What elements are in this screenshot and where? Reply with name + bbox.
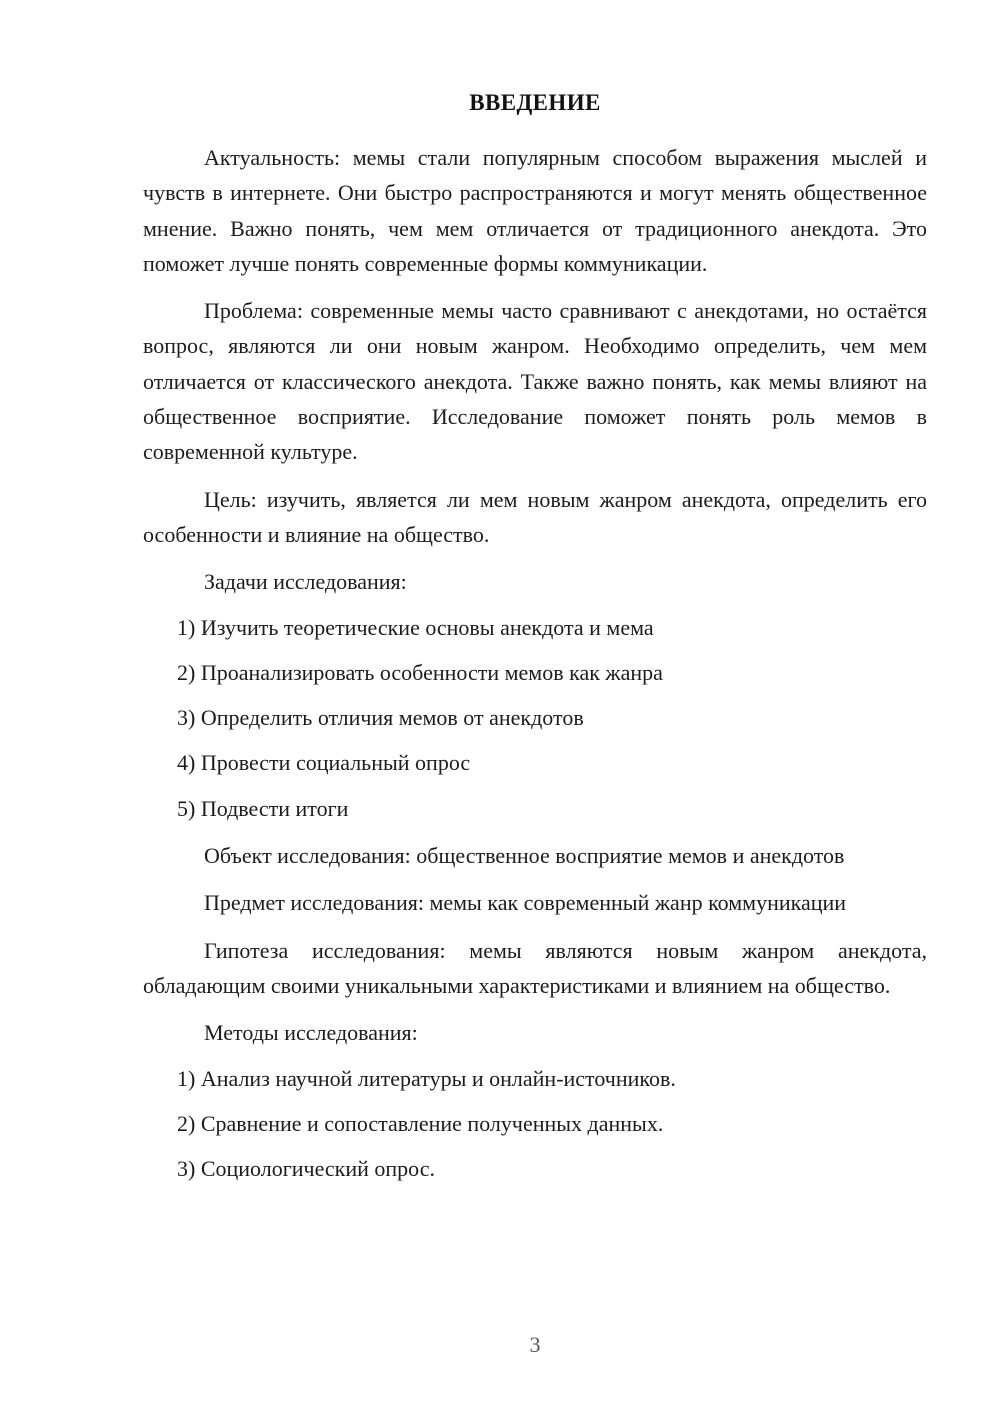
task-item-4: 4) Провести социальный опрос <box>177 745 927 780</box>
paragraph-object: Объект исследования: общественное воспри… <box>143 838 927 873</box>
method-item-3: 3) Социологический опрос. <box>177 1151 927 1186</box>
task-item-5: 5) Подвести итоги <box>177 791 927 826</box>
document-page: ВВЕДЕНИЕ Актуальность: мемы стали популя… <box>0 0 1000 1414</box>
task-item-1: 1) Изучить теоретические основы анекдота… <box>177 610 927 645</box>
task-item-2: 2) Проанализировать особенности мемов ка… <box>177 655 927 690</box>
page-number: 3 <box>143 1330 927 1360</box>
page-title: ВВЕДЕНИЕ <box>143 88 927 118</box>
tasks-heading: Задачи исследования: <box>143 564 927 599</box>
method-item-1: 1) Анализ научной литературы и онлайн-ис… <box>177 1061 927 1096</box>
methods-heading: Методы исследования: <box>143 1015 927 1050</box>
paragraph-subject: Предмет исследования: мемы как современн… <box>143 885 927 920</box>
paragraph-relevance: Актуальность: мемы стали популярным спос… <box>143 140 927 281</box>
paragraph-hypothesis: Гипотеза исследования: мемы являются нов… <box>143 933 927 1004</box>
paragraph-goal: Цель: изучить, является ли мем новым жан… <box>143 482 927 553</box>
paragraph-problem: Проблема: современные мемы часто сравнив… <box>143 293 927 469</box>
method-item-2: 2) Сравнение и сопоставление полученных … <box>177 1106 927 1141</box>
task-item-3: 3) Определить отличия мемов от анекдотов <box>177 700 927 735</box>
